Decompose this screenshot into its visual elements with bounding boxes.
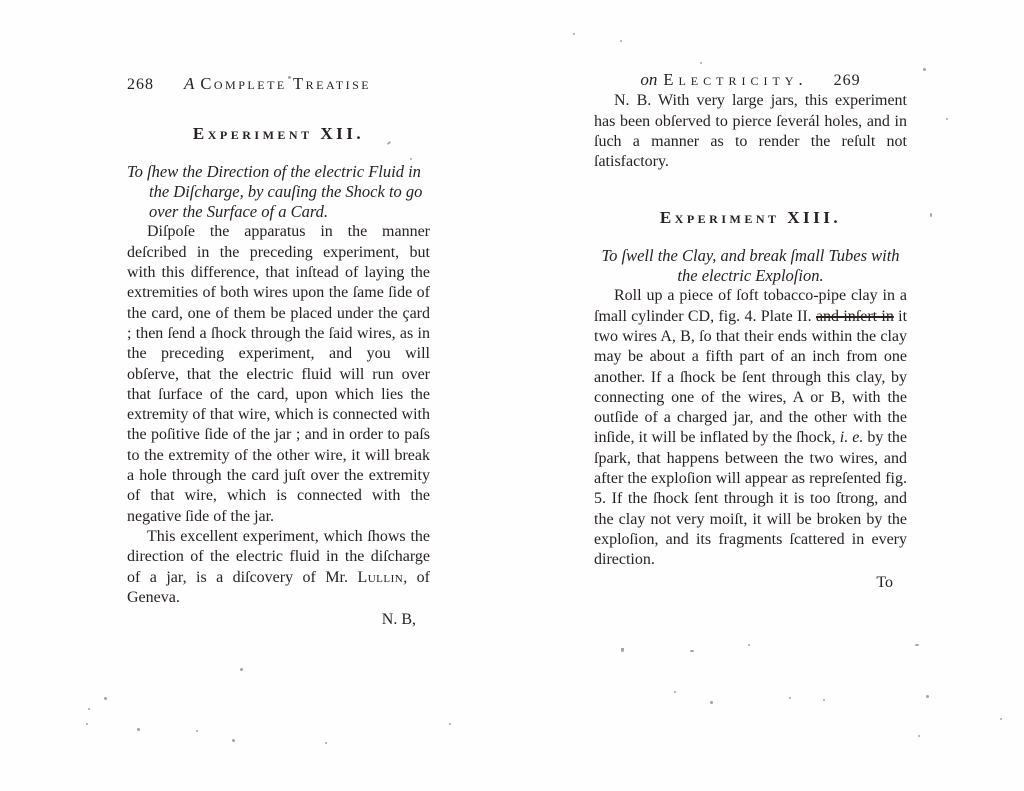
- scan-speck: [690, 650, 694, 652]
- experiment-xiii-subtitle: To ſwell the Clay, and break ſmall Tubes…: [594, 246, 907, 287]
- experiment-xii-paragraph-1: Diſpoſe the apparatus in the manner deſc…: [127, 222, 430, 526]
- scan-speck: [674, 691, 676, 693]
- left-running-title-prefix: A: [184, 74, 194, 94]
- left-running-title: Complete Treatise: [200, 74, 371, 94]
- scan-speck: [240, 668, 243, 671]
- text-segment: by the ſpark, that happens between the t…: [594, 429, 907, 568]
- experiment-xiii-heading: Experiment XIII.: [594, 208, 907, 228]
- scan-speck: [700, 62, 702, 64]
- scan-speck: [1000, 718, 1002, 720]
- scan-speck: [449, 723, 451, 725]
- left-page-number: 268: [127, 75, 154, 95]
- scan-speck: [621, 648, 624, 652]
- experiment-xii-subtitle: To ſhew the Direction of the electric Fl…: [127, 162, 430, 223]
- scan-speck: [915, 644, 919, 646]
- scan-speck: [748, 644, 750, 646]
- experiment-xii-heading: Experiment XII.: [127, 124, 430, 144]
- scan-speck: [325, 742, 327, 744]
- scan-speck: [710, 701, 713, 704]
- scan-speck: [196, 730, 198, 732]
- experiment-xii-paragraph-2: This excellent experiment, which ſhows t…: [127, 527, 430, 608]
- scan-speck: [88, 708, 90, 710]
- right-running-title: Electricity.: [663, 70, 807, 90]
- left-catchword: N. B,: [127, 610, 430, 630]
- text-segment-strike: and inſert in: [816, 308, 894, 325]
- experiment-xiii-paragraph-1: Roll up a piece of ſoft tobacco-pipe cla…: [594, 286, 907, 570]
- text-segment: it two wires A, B, ſo that their ends wi…: [594, 308, 907, 447]
- scan-speck: [918, 735, 920, 737]
- right-catchword: To: [594, 573, 907, 593]
- scan-speck: [137, 728, 140, 731]
- nota-bene-paragraph: N. B. With very large jars, this experim…: [594, 91, 907, 172]
- text-segment: Diſpoſe the apparatus in the manner deſc…: [127, 223, 430, 524]
- text-segment-smallcaps: Lullin: [357, 569, 403, 586]
- text-segment-italic: i. e.: [840, 429, 864, 446]
- scan-speck: [946, 118, 948, 120]
- scan-speck: [930, 213, 932, 217]
- scan-speck: [926, 695, 929, 698]
- scan-speck: [104, 697, 107, 700]
- scan-speck: [288, 76, 291, 79]
- scan-speck: [573, 33, 575, 35]
- text-segment: N. B. With very large jars, this experim…: [594, 92, 907, 170]
- scan-speck: [789, 697, 791, 699]
- scan-speck: [823, 699, 825, 701]
- right-page: on Electricity. 269 N. B. With very larg…: [594, 70, 907, 593]
- scan-speck: [620, 40, 622, 42]
- left-page: 268 A Complete Treatise Experiment XII. …: [127, 74, 430, 630]
- left-running-header: 268 A Complete Treatise: [127, 74, 430, 95]
- scan-speck: [923, 68, 926, 71]
- right-page-number: 269: [834, 71, 861, 91]
- right-running-title-prefix: on: [640, 70, 657, 90]
- book-scan: 268 A Complete Treatise Experiment XII. …: [0, 0, 1024, 791]
- scan-speck: [410, 158, 412, 160]
- scan-speck: [232, 739, 235, 742]
- scan-speck: [86, 723, 88, 725]
- right-running-header: on Electricity. 269: [594, 70, 907, 91]
